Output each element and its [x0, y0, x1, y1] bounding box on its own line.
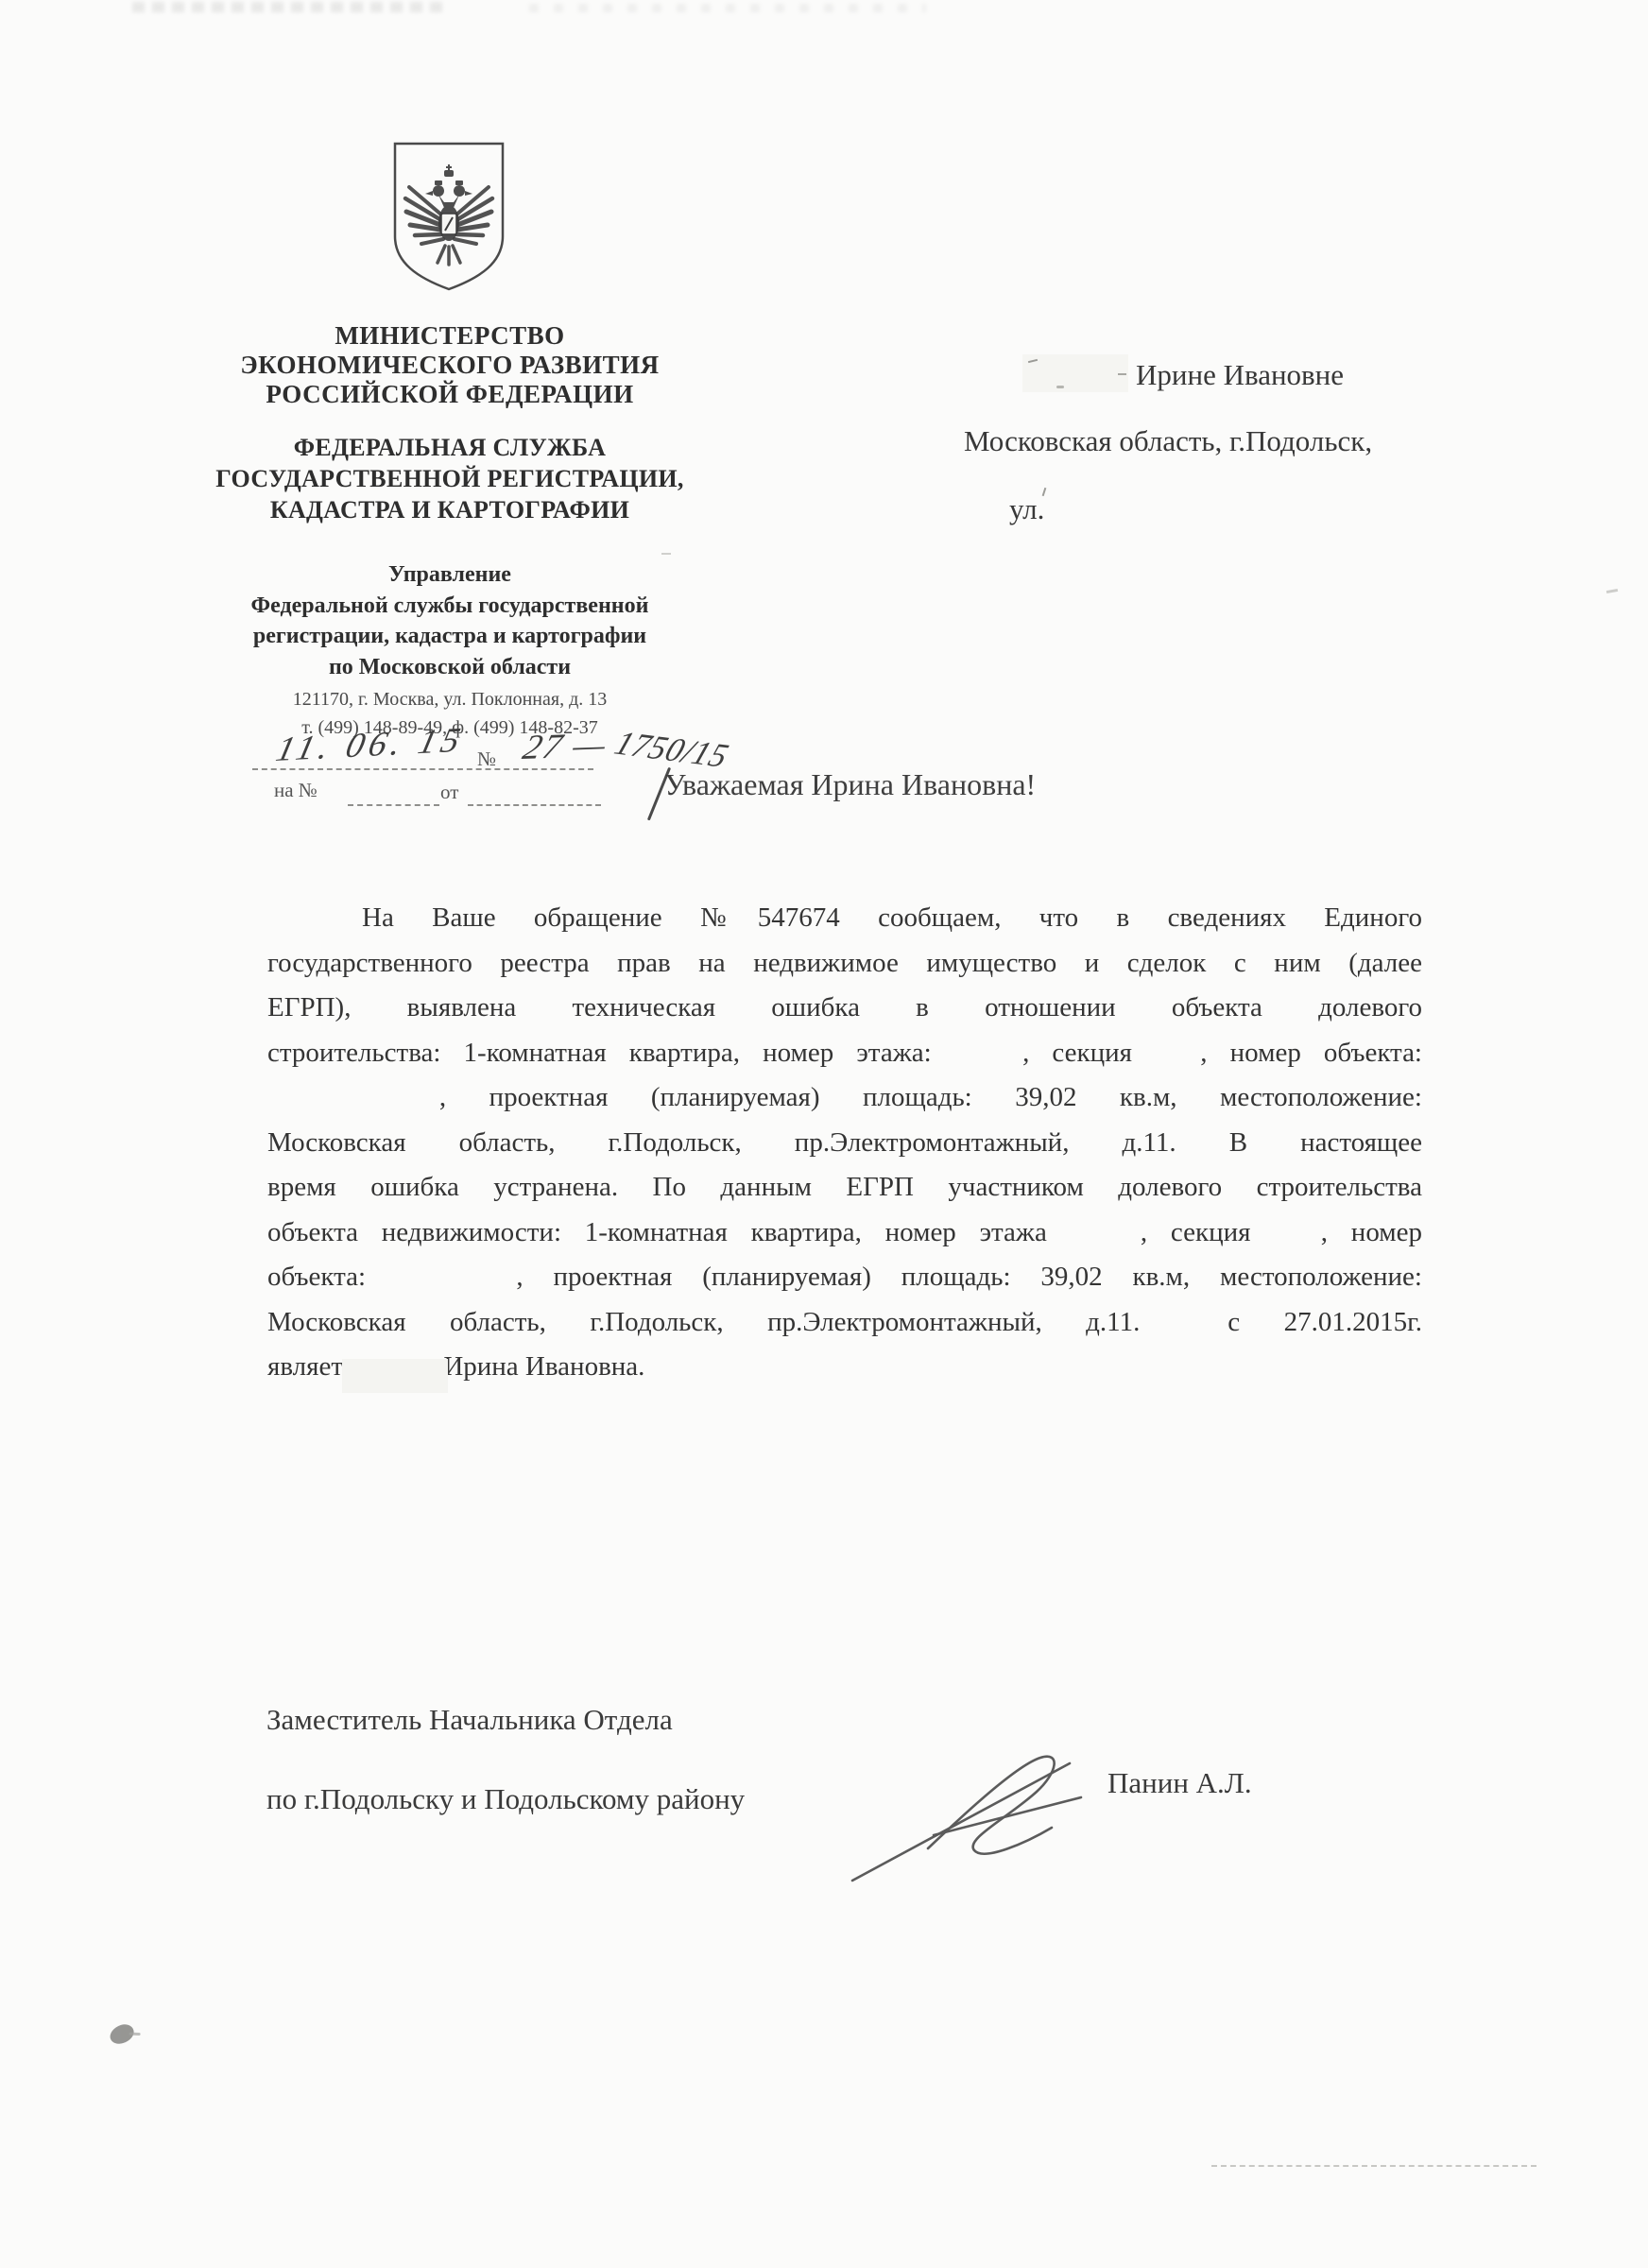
- ministry-header: МИНИСТЕРСТВО ЭКОНОМИЧЕСКОГО РАЗВИТИЯ РОС…: [202, 321, 697, 409]
- letterhead-address: 121170, г. Москва, ул. Поклонная, д. 13: [202, 689, 697, 711]
- scan-dashed-line: [1211, 2165, 1536, 2167]
- body-line: государственного реестра прав на недвижи…: [267, 941, 1422, 987]
- scan-speck: [1606, 589, 1618, 593]
- whiteout-residue-mark: [1056, 386, 1064, 388]
- body-line: объекта недвижимости: 1-комнатная кварти…: [267, 1211, 1422, 1256]
- division-line: Федеральной службы государственной: [202, 591, 697, 622]
- whiteout-residue-mark: [1118, 373, 1126, 375]
- addressee-name: Ирине Ивановне: [1136, 358, 1344, 392]
- redaction-whiteout: [1022, 354, 1128, 392]
- reply-ref-label: на №: [274, 779, 318, 802]
- body-line: На Ваше обращение №547674 сообщаем, что …: [267, 896, 1422, 941]
- body-line: объекта: , проектная (планируемая) площа…: [267, 1255, 1422, 1300]
- division-line: Управление: [202, 559, 697, 591]
- body-line: Московская область, г.Подольск, пр.Элект…: [267, 1121, 1422, 1166]
- division-line: по Московской области: [202, 652, 697, 683]
- addressee-region: Московская область, г.Подольск,: [964, 424, 1372, 458]
- body-line: строительства: 1-комнатная квартира, ном…: [267, 1031, 1422, 1076]
- ink-smudge: [108, 2021, 137, 2046]
- russian-coat-of-arms-icon: [386, 140, 512, 295]
- service-line: КАДАСТРА И КАРТОГРАФИИ: [202, 494, 697, 525]
- letter-body: На Ваше обращение №547674 сообщаем, что …: [267, 896, 1422, 1390]
- scan-ghost-text: [132, 2, 444, 12]
- handwritten-ref-number: 27 —: [519, 725, 612, 768]
- body-line: Московская область, г.Подольск, пр.Элект…: [267, 1300, 1422, 1346]
- signer-name: Панин А.Л.: [1107, 1766, 1252, 1800]
- scan-ghost-text: [529, 4, 926, 12]
- reply-date-label: от: [440, 781, 458, 804]
- body-line: ЕГРП), выявлена техническая ошибка в отн…: [267, 986, 1422, 1031]
- reply-ref-underline: [348, 804, 439, 806]
- body-line: время ошибка устранена. По данным ЕГРП у…: [267, 1165, 1422, 1211]
- body-line: , проектная (планируемая) площадь: 39,02…: [267, 1075, 1422, 1121]
- salutation: Уважаемая Ирина Ивановна!: [664, 767, 1036, 802]
- handwritten-signature: [813, 1737, 1106, 1898]
- service-line: ГОСУДАРСТВЕННОЙ РЕГИСТРАЦИИ,: [202, 463, 697, 494]
- signer-position-line1: Заместитель Начальника Отдела: [266, 1703, 673, 1737]
- scan-speck: [661, 553, 671, 555]
- ministry-line: ЭКОНОМИЧЕСКОГО РАЗВИТИЯ: [202, 351, 697, 380]
- division-header: Управление Федеральной службы государств…: [202, 559, 697, 682]
- service-line: ФЕДЕРАЛЬНАЯ СЛУЖБА: [202, 432, 697, 463]
- ministry-line: МИНИСТЕРСТВО: [202, 321, 697, 351]
- reply-date-underline: [468, 804, 601, 806]
- ref-number-sign: №: [477, 747, 496, 771]
- ministry-line: РОССИЙСКОЙ ФЕДЕРАЦИИ: [202, 380, 697, 409]
- ref-date-underline: [252, 768, 593, 770]
- division-line: регистрации, кадастра и картографии: [202, 621, 697, 652]
- scan-speck: [1042, 488, 1047, 496]
- scanned-letter-page: МИНИСТЕРСТВО ЭКОНОМИЧЕСКОГО РАЗВИТИЯ РОС…: [0, 0, 1648, 2268]
- redaction-whiteout: [342, 1359, 448, 1393]
- addressee-street: ул.: [1009, 492, 1044, 526]
- signer-position-line2: по г.Подольску и Подольскому району: [266, 1782, 745, 1816]
- federal-service-header: ФЕДЕРАЛЬНАЯ СЛУЖБА ГОСУДАРСТВЕННОЙ РЕГИС…: [202, 432, 697, 525]
